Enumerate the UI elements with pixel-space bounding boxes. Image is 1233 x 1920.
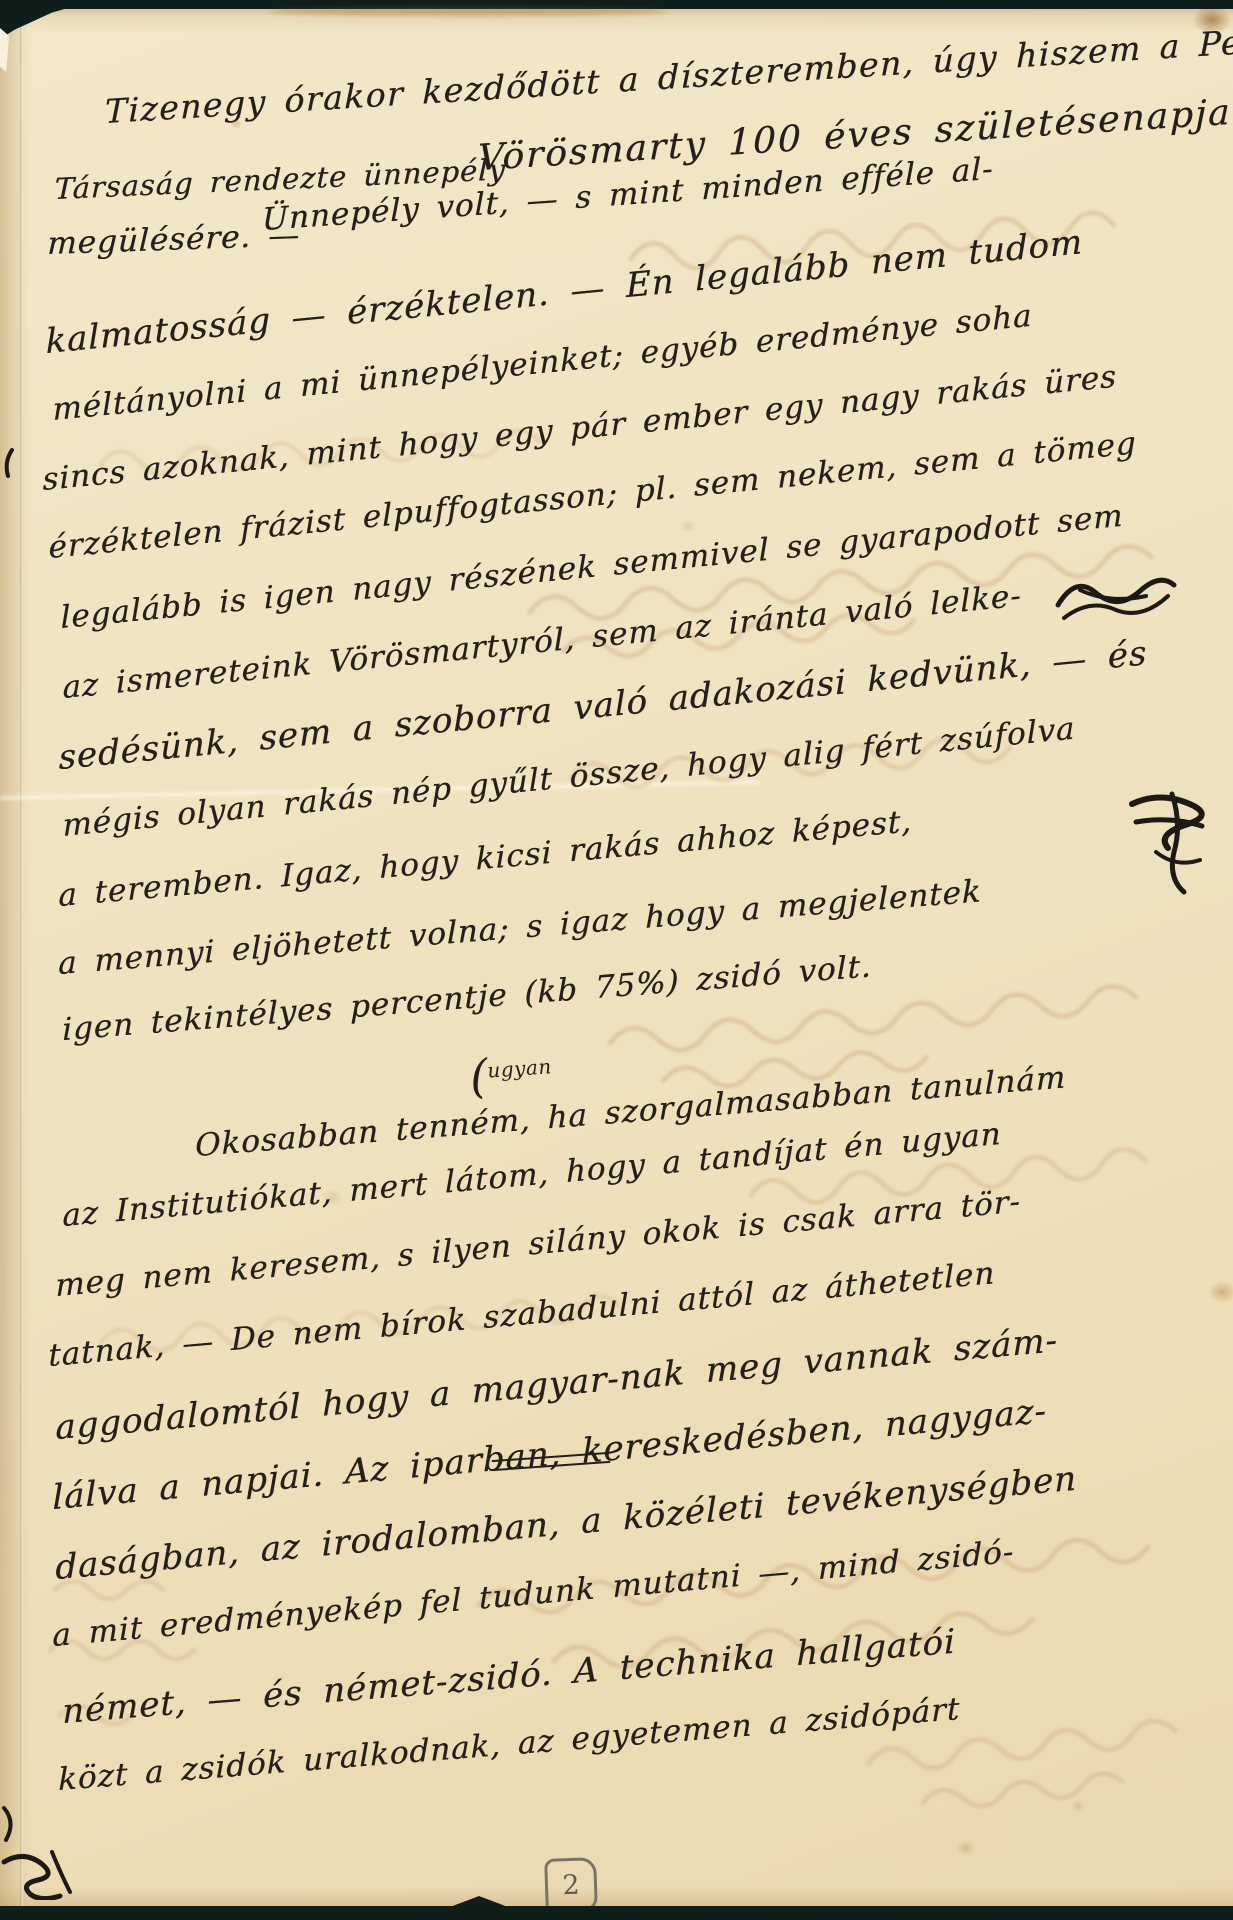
edge-ink-mark <box>0 1844 80 1900</box>
left-fold-crease <box>20 6 23 1908</box>
page-number: 2 <box>562 1869 580 1901</box>
insertion-word: ugyan <box>487 1054 553 1082</box>
insertion-paren: ( <box>468 1049 490 1104</box>
scanned-page: Tizenegy órakor kezdődött a díszteremben… <box>0 0 1233 1920</box>
paper-edge-stain <box>268 7 668 16</box>
crossed-out-word-scribble <box>1050 560 1180 640</box>
scan-edge-bottom <box>0 1906 1233 1920</box>
crossed-out-word-scribble <box>1122 782 1222 902</box>
edge-ink-mark <box>0 446 16 480</box>
interlinear-insertion: (ugyan <box>468 1044 554 1104</box>
edge-ink-mark <box>0 1804 16 1844</box>
page-number-box: 2 <box>544 1857 598 1913</box>
